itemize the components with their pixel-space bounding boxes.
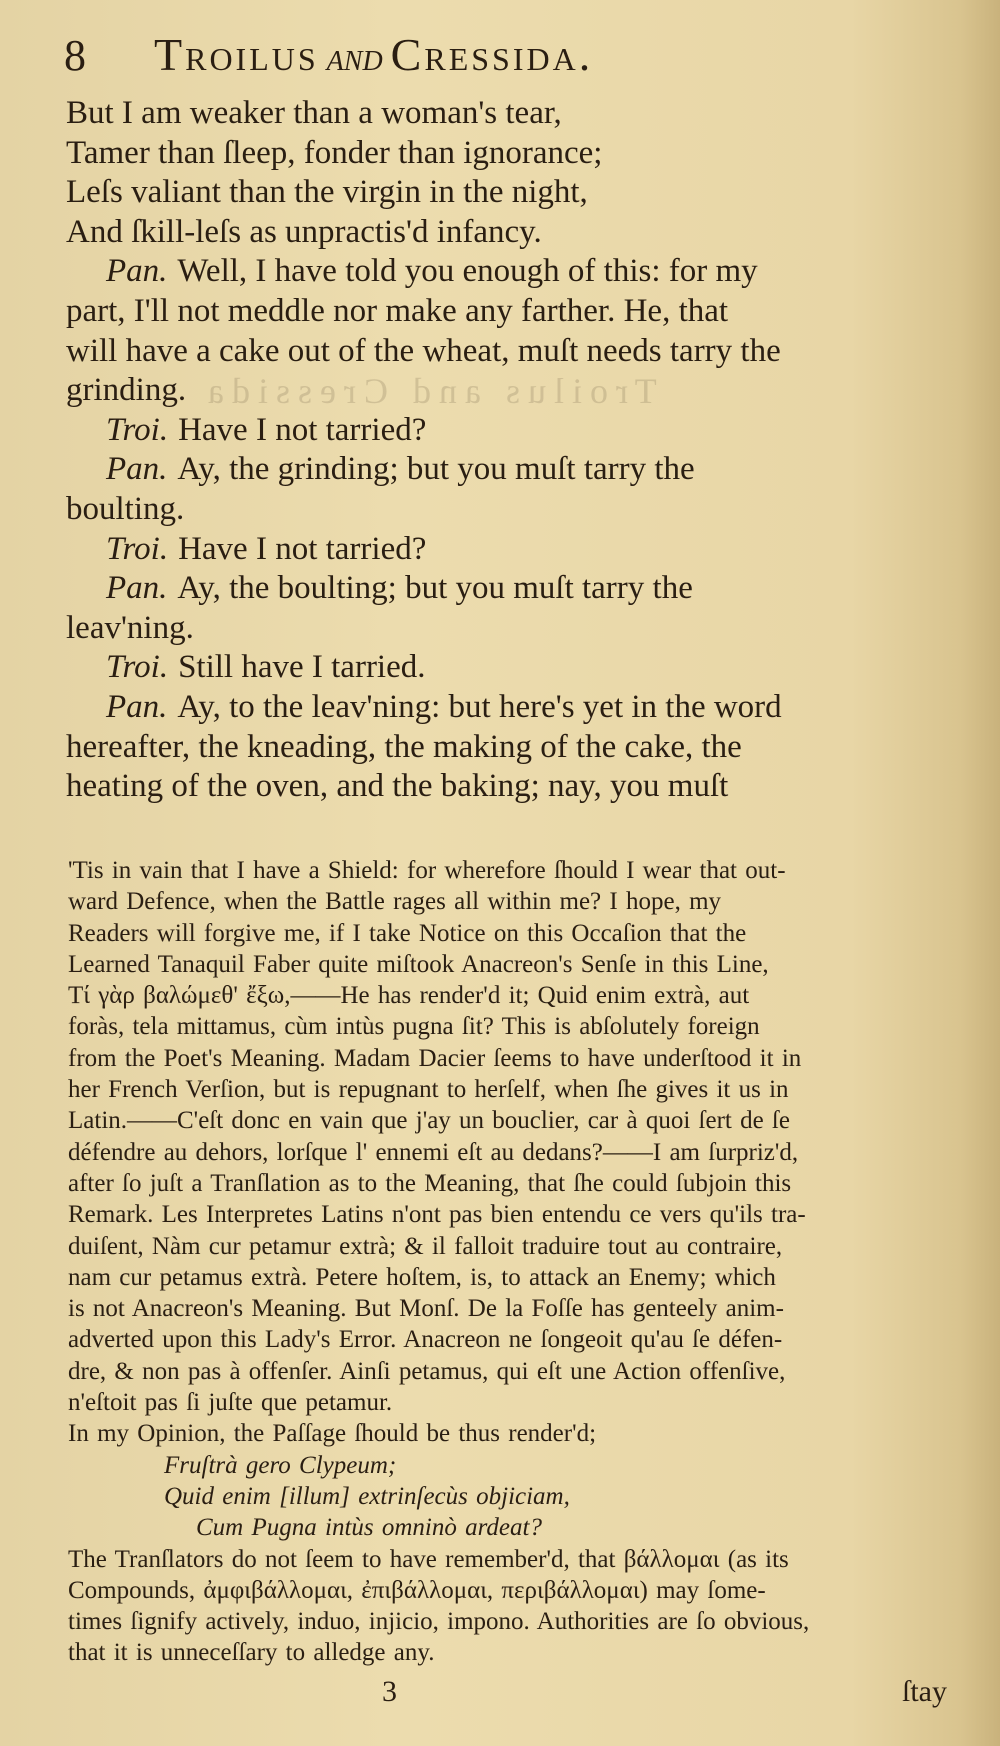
dialogue-line: leav'ning. [66,609,950,649]
title-and: and [327,34,383,79]
dialogue-line: heating of the oven, and the baking; nay… [66,767,950,807]
title-cressida: Cressida. [391,29,594,80]
speech-text: Ay, the grinding; but you muſt tarry the [177,450,694,490]
speaker-troi: Troi. [106,648,168,688]
speech-text: Have I not tarried? [178,530,426,570]
speech-text: Still have I tarried. [178,648,425,688]
main-text: But I am weaker than a woman's tear, Tam… [66,94,950,807]
speech-text: Ay, to the leav'ning: but here's yet in … [177,688,781,728]
footnote-line: is not Anacreon's Meaning. But Monſ. De … [68,1293,952,1324]
speaker-troi: Troi. [106,530,168,570]
latin-verse-line: Fruſtrà gero Clypeum; [68,1450,952,1481]
dialogue-line: Pan.Ay, the boulting; but you muſt tarry… [66,569,950,609]
footnote-line: Τί γὰρ βαλώμεθ' ἔξω,——He has render'd it… [68,980,952,1011]
dialogue-line: Troi.Have I not tarried? [66,530,950,570]
book-page: Troilus and Cressida 8 TroilusandCressid… [0,0,1000,1746]
title-troilus: Troilus [154,29,319,80]
footnote-line: Latin.——C'eſt donc en vain que j'ay un b… [68,1105,952,1136]
verse-line: And ſkill-leſs as unpractis'd infancy. [66,213,950,253]
verse-line: But I am weaker than a woman's tear, [66,94,950,134]
footnote-line: from the Poet's Meaning. Madam Dacier ſe… [68,1043,952,1074]
dialogue-line: boulting. [66,490,950,530]
footnote-line: Compounds, ἀμφιβάλλομαι, ἐπιβάλλομαι, πε… [68,1575,952,1606]
speaker-pan: Pan. [106,450,167,490]
speaker-troi: Troi. [106,411,168,451]
footnote-line: Readers will forgive me, if I take Notic… [68,918,952,949]
footnote-line: n'eſtoit pas ſi juſte que petamur. [68,1387,952,1418]
footnote: 'Tis in vain that I have a Shield: for w… [68,855,952,1669]
footnote-line: that it is unneceſſary to alledge any. [68,1637,952,1668]
page-number: 8 [64,30,154,81]
footnote-line: Learned Tanaquil Faber quite miſtook Ana… [68,949,952,980]
verse-line: Tamer than ſleep, fonder than ignorance; [66,134,950,174]
dialogue-line: will have a cake out of the wheat, muſt … [66,332,950,372]
page-title: TroilusandCressida. [154,28,593,81]
catchword: ſtay [902,1675,947,1709]
verse-line: Leſs valiant than the virgin in the nigh… [66,173,950,213]
dialogue-line: Troi.Still have I tarried. [66,648,950,688]
footnote-line: The Tranſlators do not ſeem to have reme… [68,1544,952,1575]
speaker-pan: Pan. [106,569,167,609]
footnote-line: ward Defence, when the Battle rages all … [68,886,952,917]
latin-verse-line: Cum Pugna intùs omninò ardeat? [68,1512,952,1543]
latin-text: Fruſtrà gero Clypeum; [164,1450,396,1481]
speech-text: Ay, the boulting; but you muſt tarry the [177,569,692,609]
dialogue-line: Pan.Ay, the grinding; but you muſt tarry… [66,450,950,490]
dialogue-line: Pan.Ay, to the leav'ning: but here's yet… [66,688,950,728]
speech-text: Have I not tarried? [178,411,426,451]
dialogue-line: grinding. [66,371,950,411]
footnote-line: her French Verſion, but is repugnant to … [68,1074,952,1105]
footnote-line: dre, & non pas à offenſer. Ainſi petamus… [68,1356,952,1387]
signature-mark: 3 [382,1675,397,1709]
speaker-pan: Pan. [106,252,167,292]
dialogue-line: Pan.Well, I have told you enough of this… [66,252,950,292]
dialogue-line: Troi.Have I not tarried? [66,411,950,451]
dialogue-line: part, I'll not meddle nor make any farth… [66,292,950,332]
running-header: 8 TroilusandCressida. [64,28,593,81]
footnote-line: after ſo juſt a Tranſlation as to the Me… [68,1168,952,1199]
speech-text: Well, I have told you enough of this: fo… [177,252,757,292]
footnote-line: Remark. Les Interpretes Latins n'ont pas… [68,1199,952,1230]
footnote-line: duiſent, Nàm cur petamur extrà; & il fal… [68,1231,952,1262]
latin-text: Quid enim [illum] extrinſecùs objiciam, [164,1481,570,1512]
footnote-line: nam cur petamus extrà. Petere hoſtem, is… [68,1262,952,1293]
footnote-line: adverted upon this Lady's Error. Anacreo… [68,1324,952,1355]
footnote-line: foràs, tela mittamus, cùm intùs pugna ſi… [68,1011,952,1042]
footnote-line: In my Opinion, the Paſſage ſhould be thu… [68,1418,952,1449]
dialogue-line: hereafter, the kneading, the making of t… [66,728,950,768]
speaker-pan: Pan. [106,688,167,728]
latin-text: Cum Pugna intùs omninò ardeat? [196,1512,542,1543]
footnote-line: times ſignify actively, induo, injicio, … [68,1606,952,1637]
footnote-line: 'Tis in vain that I have a Shield: for w… [68,855,952,886]
footnote-line: défendre au dehors, lorſque l' ennemi eſ… [68,1137,952,1168]
latin-verse-line: Quid enim [illum] extrinſecùs objiciam, [68,1481,952,1512]
